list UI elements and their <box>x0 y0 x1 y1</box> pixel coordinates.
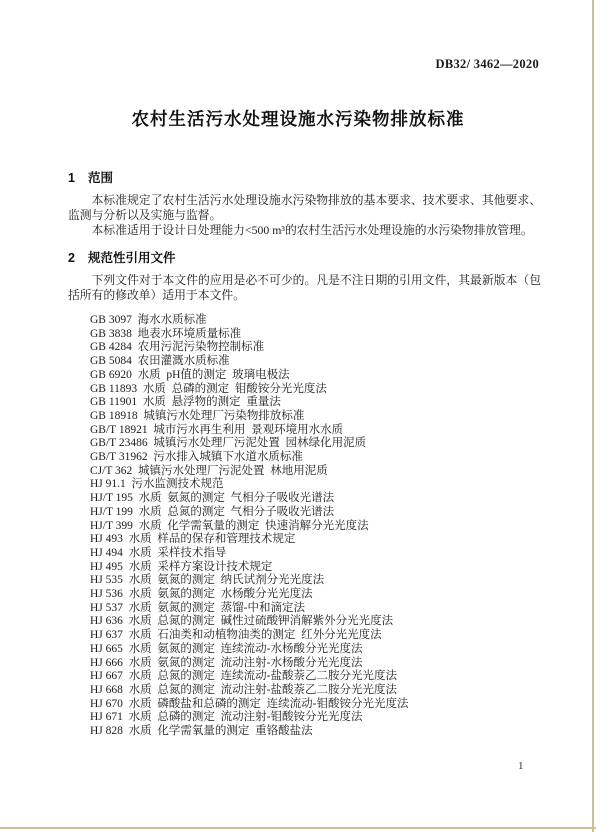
page-number: 1 <box>518 760 524 772</box>
reference-item: HJ 665 水质 氨氮的测定 连续流动-水杨酸分光光度法 <box>90 643 541 657</box>
reference-item: HJ 537 水质 氨氮的测定 蒸馏-中和滴定法 <box>90 602 541 616</box>
section-title: 规范性引用文件 <box>88 251 176 265</box>
reference-item: HJ/T 199 水质 总氮的测定 气相分子吸收光谱法 <box>90 506 541 520</box>
reference-item: HJ 494 水质 采样技术指导 <box>90 547 541 561</box>
reference-item: GB 3097 海水水质标准 <box>90 314 541 328</box>
reference-item: HJ 493 水质 样品的保存和管理技术规定 <box>90 533 541 547</box>
reference-item: HJ 668 水质 总氮的测定 流动注射-盐酸萘乙二胺分光光度法 <box>90 684 541 698</box>
section-heading-scope: 1范围 <box>68 172 541 185</box>
reference-item: GB/T 23486 城镇污水处理厂污泥处置 园林绿化用泥质 <box>90 437 541 451</box>
reference-item: GB 3838 地表水环境质量标准 <box>90 328 541 342</box>
standard-code: DB32/ 3462—2020 <box>436 57 539 72</box>
reference-item: GB 6920 水质 pH值的测定 玻璃电极法 <box>90 369 541 383</box>
reference-item: GB 18918 城镇污水处理厂污染物排放标准 <box>90 410 541 424</box>
reference-item: HJ 828 水质 化学需氧量的测定 重铬酸盐法 <box>90 725 541 739</box>
reference-item: GB 11893 水质 总磷的测定 钼酸铵分光光度法 <box>90 383 541 397</box>
reference-item: HJ 637 水质 石油类和动植物油类的测定 红外分光光度法 <box>90 629 541 643</box>
reference-item: HJ 671 水质 总磷的测定 流动注射-钼酸铵分光光度法 <box>90 711 541 725</box>
reference-item: HJ 667 水质 总氮的测定 连续流动-盐酸萘乙二胺分光光度法 <box>90 670 541 684</box>
scan-edge-bottom <box>0 827 596 829</box>
document-page: DB32/ 3462—2020 农村生活污水处理设施水污染物排放标准 1范围 本… <box>0 0 596 832</box>
reference-item: HJ 535 水质 氨氮的测定 纳氏试剂分光光度法 <box>90 574 541 588</box>
reference-item: HJ 636 水质 总氮的测定 碱性过硫酸钾消解紫外分光光度法 <box>90 615 541 629</box>
scope-paragraph-2: 本标准适用于设计日处理能力<500 m³的农村生活污水处理设施的水污染物排放管理… <box>68 223 541 238</box>
reference-item: GB 4284 农用污泥污染物控制标准 <box>90 341 541 355</box>
reference-item: GB/T 31962 污水排入城镇下水道水质标准 <box>90 451 541 465</box>
reference-item: GB/T 18921 城市污水再生利用 景观环境用水水质 <box>90 424 541 438</box>
reference-item: HJ/T 399 水质 化学需氧量的测定 快速消解分光光度法 <box>90 520 541 534</box>
section-number: 2 <box>68 252 75 265</box>
section-title: 范围 <box>88 171 113 185</box>
section-number: 1 <box>68 172 75 185</box>
reference-item: HJ 670 水质 磷酸盐和总磷的测定 连续流动-钼酸铵分光光度法 <box>90 698 541 712</box>
document-title: 农村生活污水处理设施水污染物排放标准 <box>0 106 596 131</box>
reference-item: HJ 91.1 污水监测技术规范 <box>90 478 541 492</box>
reference-item: GB 11901 水质 悬浮物的测定 重量法 <box>90 396 541 410</box>
scope-paragraph-1: 本标准规定了农村生活污水处理设施水污染物排放的基本要求、技术要求、其他要求、监测… <box>68 193 541 223</box>
reference-item: CJ/T 362 城镇污水处理厂污泥处置 林地用泥质 <box>90 465 541 479</box>
reference-item: HJ/T 195 水质 氨氮的测定 气相分子吸收光谱法 <box>90 492 541 506</box>
references-list: GB 3097 海水水质标准 GB 3838 地表水环境质量标准 GB 4284… <box>68 314 541 739</box>
reference-item: HJ 536 水质 氨氮的测定 水杨酸分光光度法 <box>90 588 541 602</box>
reference-item: GB 5084 农田灌溉水质标准 <box>90 355 541 369</box>
references-intro: 下列文件对于本文件的应用是必不可少的。凡是不注日期的引用文件，其最新版本（包括所… <box>68 273 541 303</box>
reference-item: HJ 666 水质 氨氮的测定 流动注射-水杨酸分光光度法 <box>90 657 541 671</box>
page-content: 1范围 本标准规定了农村生活污水处理设施水污染物排放的基本要求、技术要求、其他要… <box>68 172 541 739</box>
section-heading-normative-references: 2规范性引用文件 <box>68 252 541 265</box>
reference-item: HJ 495 水质 采样方案设计技术规定 <box>90 561 541 575</box>
